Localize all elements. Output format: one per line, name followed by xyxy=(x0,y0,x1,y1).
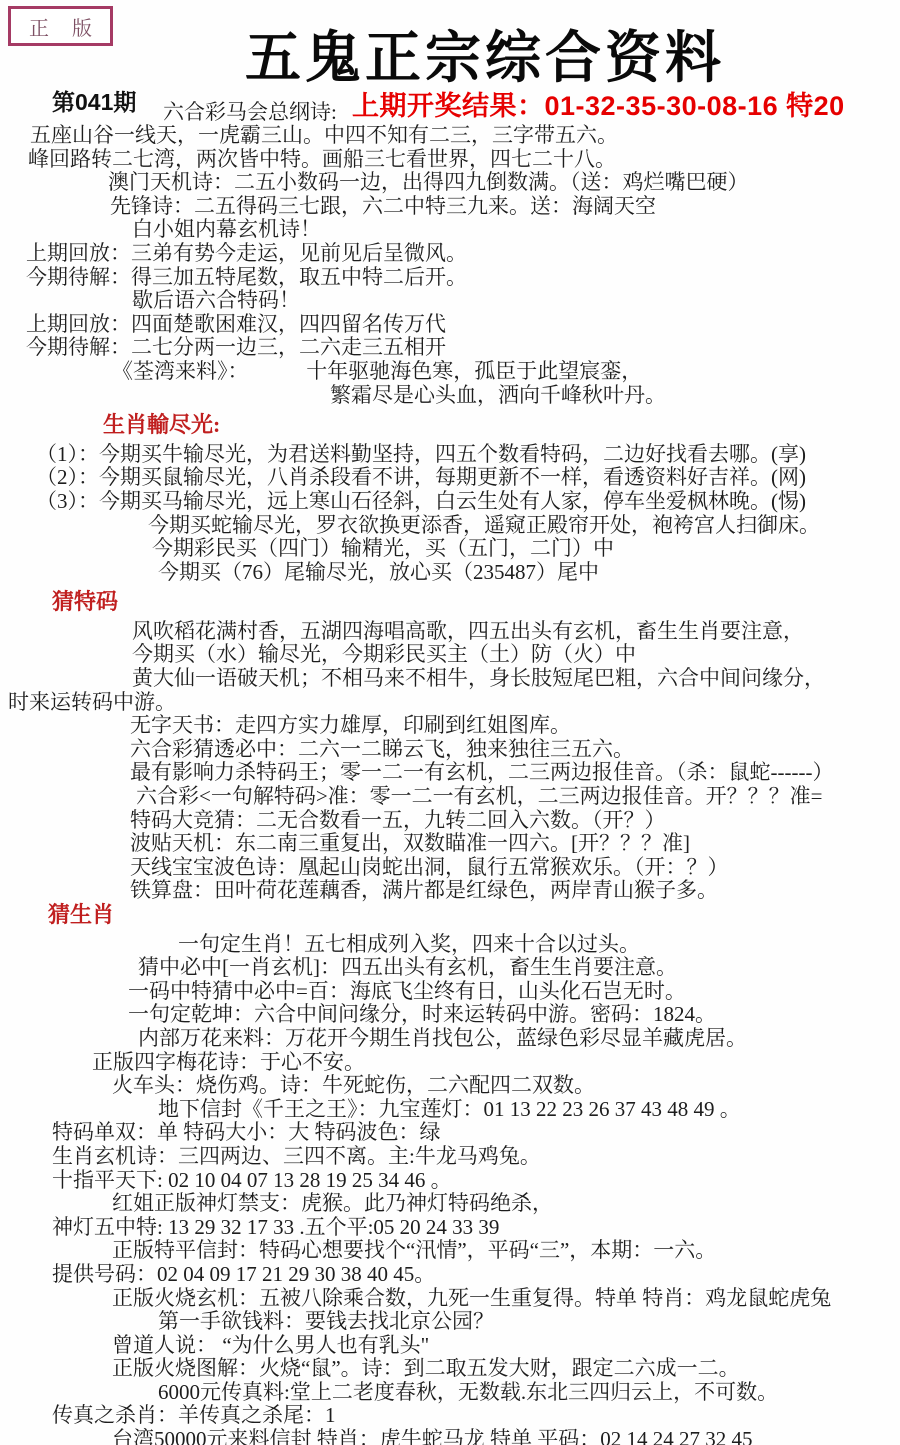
text-line: 歇后语六合特码！ xyxy=(132,289,900,313)
text-line: 上期回放：四面楚歌困难汉，四四留名传万代 xyxy=(26,313,900,337)
text-line: （1）：今期买牛输尽光，为君送料勤坚持，四五个数看特码，二边好找看去哪。(享) xyxy=(36,443,900,467)
text-line: 《荃湾来料》： 十年驱驰海色寒，孤臣于此望宸銮， xyxy=(112,360,900,384)
text-line: 今期待解：得三加五特尾数，取五中特二后开。 xyxy=(26,266,900,290)
text-line: 红姐正版神灯禁支：虎猴。此乃神灯特码绝杀， xyxy=(112,1192,900,1216)
issue-row: 第041期 六合彩马会总纲诗: 上期开奖结果：01-32-35-30-08-16… xyxy=(0,82,900,124)
text-line: 波贴天机：东二南三重复出，双数瞄准一四六。[开？？？准] xyxy=(130,832,900,856)
text-line: 先锋诗：二五得码三七跟，六二中特三九来。送：海阔天空 xyxy=(110,195,900,219)
text-line: 繁霜尽是心头血，洒向千峰秋叶丹。 xyxy=(330,384,900,408)
text-line: 六合彩猜透必中：二六一二睇云飞，独来独往三五六。 xyxy=(130,738,900,762)
text-line: 铁算盘：田叶荷花莲藕香，满片都是红绿色，两岸青山猴子多。 xyxy=(130,879,900,903)
text-line: 最有影响力杀特码王；零一二一有玄机，二三两边报佳音。（杀：鼠蛇------） xyxy=(130,761,900,785)
masthead-note: 六合彩马会总纲诗: xyxy=(163,96,337,126)
text-line: 一句定生肖！五七相成列入奖，四来十合以过头。 xyxy=(178,933,900,957)
text-line: 台湾50000元来料信封 特肖：虎牛蛇马龙 特单 平码：02 14 24 27 … xyxy=(112,1428,900,1445)
text-line: 内部万花来料：万花开今期生肖找包公，蓝绿色彩尽显羊藏虎居。 xyxy=(138,1027,900,1051)
section-heading: 生肖輸尽光: xyxy=(103,413,900,437)
text-line: 时来运转码中游。 xyxy=(8,691,900,715)
text-line: 正版四字梅花诗：于心不安。 xyxy=(92,1051,900,1075)
text-line: 生肖玄机诗：三四两边、三四不离。主:牛龙马鸡兔。 xyxy=(52,1145,900,1169)
text-line: 六合彩<一句解特码>准：零一二一有玄机，二三两边报佳音。开？？？准= xyxy=(136,785,900,809)
issue-number: 第041期 xyxy=(52,84,136,117)
text-line: 地下信封《千王之王》：九宝莲灯：01 13 22 23 26 37 43 48 … xyxy=(158,1098,900,1122)
text-line: 五座山谷一线天，一虎霸三山。中四不知有二三，三字带五六。 xyxy=(30,124,900,148)
text-line: 上期回放：三弟有势今走运，见前见后呈微风。 xyxy=(26,242,900,266)
text-line: 曾道人说： “为什么男人也有乳头" xyxy=(112,1334,900,1358)
last-draw-result: 上期开奖结果：01-32-35-30-08-16 特20 xyxy=(352,84,845,123)
text-line: 十指平天下: 02 10 04 07 13 28 19 25 34 46 。 xyxy=(52,1169,900,1193)
text-line: 第一手欲钱料：要钱去找北京公园？ xyxy=(158,1310,900,1334)
document-page: 正 版 五鬼正宗综合资料 第041期 六合彩马会总纲诗: 上期开奖结果：01-3… xyxy=(0,0,900,1445)
text-line: 提供号码：02 04 09 17 21 29 30 38 40 45。 xyxy=(52,1263,900,1287)
document-body: 五座山谷一线天，一虎霸三山。中四不知有二三，三字带五六。峰回路转二七湾，两次皆中… xyxy=(0,124,900,1445)
text-line: 今期买蛇输尽光，罗衣欲换更添香，遥窥正殿帘开处，袍袴宫人扫御床。 xyxy=(148,514,900,538)
text-line: 神灯五中特: 13 29 32 17 33 .五个平:05 20 24 33 3… xyxy=(52,1216,900,1240)
text-line: （2）：今期买鼠输尽光，八肖杀段看不讲，每期更新不一样，看透资料好吉祥。(网) xyxy=(36,466,900,490)
text-line: 白小姐内幕玄机诗！ xyxy=(132,218,900,242)
text-line: 特码单双：单 特码大小：大 特码波色：绿 xyxy=(52,1121,900,1145)
text-line: （3）：今期买马输尽光，远上寒山石径斜，白云生处有人家，停车坐爱枫林晚。(惕) xyxy=(36,490,900,514)
text-line: 火车头：烧伤鸡。诗：牛死蛇伤，二六配四二双数。 xyxy=(112,1074,900,1098)
text-line: 正版火烧玄机：五被八除乘合数，九死一生重复得。特单 特肖：鸡龙鼠蛇虎兔 xyxy=(112,1287,900,1311)
text-line: 天线宝宝波色诗：凰起山岗蛇出洞，鼠行五常猴欢乐。（开：？） xyxy=(130,856,900,880)
text-line: 正版火烧图解：火烧“鼠”。诗：到二取五发大财，跟定二六成一二。 xyxy=(112,1357,900,1381)
text-line: 无字天书：走四方实力雄厚，印刷到红姐图库。 xyxy=(130,714,900,738)
text-line: 澳门天机诗：二五小数码一边，出得四九倒数满。（送：鸡烂嘴巴硬） xyxy=(108,171,900,195)
text-line: 峰回路转二七湾，两次皆中特。画船三七看世界，四七二十八。 xyxy=(28,148,900,172)
text-line: 今期买（76）尾输尽光，放心买（235487）尾中 xyxy=(158,561,900,585)
text-line: 今期买（水）输尽光，今期彩民买主（土）防（火）中 xyxy=(132,643,900,667)
text-line: 特码大竞猜：二无合数看一五，九转二回入六数。（开？） xyxy=(130,809,900,833)
text-line: 一码中特猜中必中=百：海底飞尘终有日，山头化石岂无时。 xyxy=(128,980,900,1004)
text-line: 猜中必中[一肖玄机]：四五出头有玄机，畜生生肖要注意。 xyxy=(138,956,900,980)
text-line: 风吹稻花满村香，五湖四海唱高歌，四五出头有玄机，畜生生肖要注意， xyxy=(132,620,900,644)
section-heading: 猜特码 xyxy=(52,590,900,614)
text-line: 今期待解：二七分两一边三，二六走三五相开 xyxy=(26,336,900,360)
section-heading: 猜生肖 xyxy=(48,903,900,927)
text-line: 正版特平信封：特码心想要找个“汛情”，平码“三”，本期：一六。 xyxy=(112,1239,900,1263)
text-line: 黄大仙一语破天机；不相马来不相牛，身长肢短尾巴粗，六合中间问缘分， xyxy=(132,667,900,691)
text-line: 传真之杀肖：羊传真之杀尾：1 xyxy=(52,1404,900,1428)
text-line: 6000元传真料:堂上二老度春秋，无数载.东北三四归云上，不可数。 xyxy=(158,1381,900,1405)
text-line: 今期彩民买（四门）输精光，买（五门，二门）中 xyxy=(152,537,900,561)
text-line: 一句定乾坤：六合中间问缘分，时来运转码中游。密码：1824。 xyxy=(128,1003,900,1027)
